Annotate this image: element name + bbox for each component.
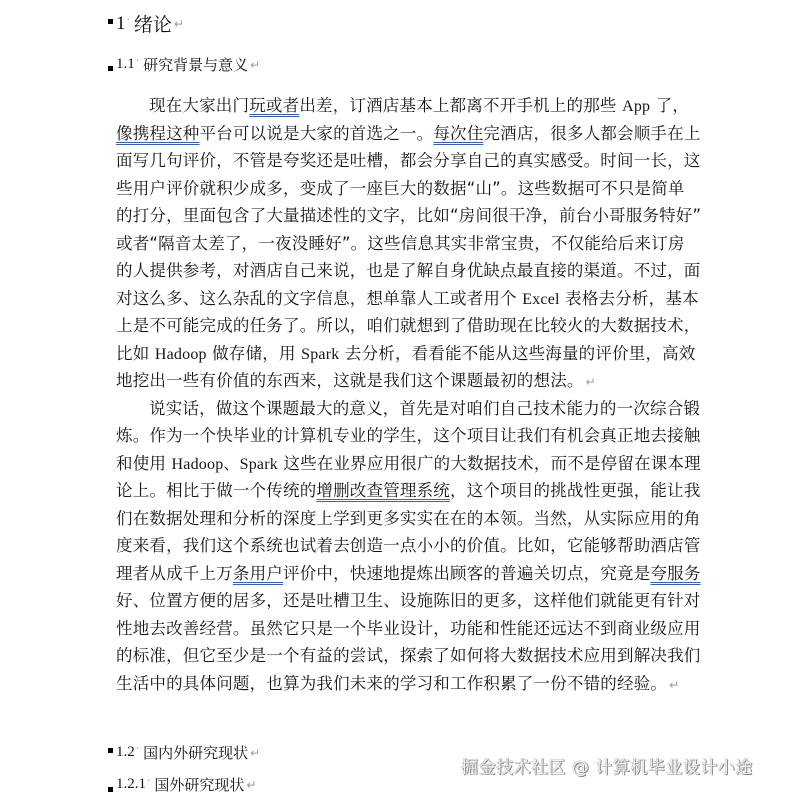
- text-line: 的标准，但它至少是一个有益的尝试，探索了如何将大数据技术应用到解决我们: [116, 642, 672, 670]
- heading-bullet-marker: [108, 748, 113, 753]
- heading-number: 1.1: [116, 56, 135, 73]
- text-run-latin: App: [622, 98, 650, 115]
- text-run: 完酒店，很多人都会顺手在上: [483, 124, 700, 143]
- grammar-flagged-text[interactable]: 条用户: [233, 564, 283, 583]
- text-line: 面写几句评价，不管是夸奖还是吐槽，都会分享自己的真实感受。时间一长，这: [116, 147, 672, 175]
- tab-marker: ·: [127, 15, 130, 26]
- text-line: 些用户评价就积少成多，变成了一座巨大的数据“山”。这些数据可不只是简单: [116, 175, 672, 203]
- heading-title: 绪论: [134, 10, 172, 37]
- tab-marker: ·: [147, 776, 150, 787]
- text-run: 去分析，看看能不能从这些海量的评价里，高效: [339, 344, 695, 363]
- text-line: 现在大家出门玩或者出差，订酒店基本上都离不开手机上的那些 App 了，: [116, 92, 672, 120]
- grammar-flagged-text[interactable]: 像携程这种: [116, 124, 200, 143]
- text-run: 这些在业界应用很广的大数据技术，而不是停留在课本理: [278, 454, 701, 473]
- text-run: 做存储，用: [207, 344, 301, 363]
- heading-number: 1.2: [116, 744, 135, 761]
- heading-number: 1: [116, 13, 126, 35]
- heading-title: 国内外研究现状: [143, 742, 248, 763]
- text-run: ，这个项目的挑战性更强，能让我: [450, 481, 701, 500]
- text-run: 出差，订酒店基本上都离不开手机上的那些: [299, 96, 622, 115]
- text-run-latin: Hadoop、Spark: [172, 456, 278, 473]
- text-run: 表格去分析，基本: [560, 289, 699, 308]
- text-run: 论上。相比于做一个传统的: [116, 481, 316, 500]
- grammar-flagged-text[interactable]: 每次住: [433, 124, 483, 143]
- text-line: 性地去改善经营。虽然它只是一个毕业设计，功能和性能还远达不到商业级应用: [116, 615, 672, 643]
- text-run: 和使用: [116, 454, 172, 473]
- text-line: 理者从成千上万条用户评价中，快速地提炼出顾客的普遍关切点，究竟是夸服务: [116, 560, 672, 588]
- heading-bullet-marker: [108, 787, 113, 792]
- text-line: 像携程这种平台可以说是大家的首选之一。每次住完酒店，很多人都会顺手在上: [116, 120, 672, 148]
- grammar-flagged-text[interactable]: 玩或者: [249, 96, 299, 115]
- text-run-latin: Excel: [522, 291, 559, 308]
- paragraph-mark-icon: ↵: [586, 375, 596, 389]
- text-line: 和使用 Hadoop、Spark 这些在业界应用很广的大数据技术，而不是停留在课…: [116, 450, 672, 478]
- text-line: 好、位置方便的居多，还是吐槽卫生、设施陈旧的更多，这样他们就能更有针对: [116, 587, 672, 615]
- text-line: 炼。作为一个快毕业的计算机专业的学生，这个项目让我们有机会真正地去接触: [116, 422, 672, 450]
- watermark: 掘金技术社区 @ 计算机毕业设计小途: [461, 753, 753, 778]
- tab-marker: ·: [136, 56, 139, 67]
- text-run: 评价中，快速地提炼出顾客的普遍关切点，究竟是: [283, 564, 650, 583]
- text-line: 对这么多、这么杂乱的文字信息，想单靠人工或者用个 Excel 表格去分析，基本: [116, 285, 672, 313]
- text-line: 度来看，我们这个系统也试着去创造一点小小的价值。比如，它能够帮助酒店管: [116, 532, 672, 560]
- text-run: 现在大家出门: [149, 96, 249, 115]
- text-line: 生活中的具体问题，也算为我们未来的学习和工作积累了一份不错的经验。↵: [116, 670, 672, 698]
- heading-bullet-marker: [108, 19, 113, 24]
- text-run: 平台可以说是大家的首选之一。: [200, 124, 434, 143]
- text-line: 说实话，做这个课题最大的意义，首先是对咱们自己技术能力的一次综合锻: [116, 395, 672, 423]
- tab-marker: ·: [136, 744, 139, 755]
- grammar-flagged-text[interactable]: 增删改查管理系统: [316, 481, 450, 500]
- heading-1-2-1[interactable]: 1.2.1 · 国外研究现状 ↵: [108, 774, 256, 795]
- text-line: 上是不可能完成的任务了。所以，咱们就想到了借助现在比较火的大数据技术，: [116, 312, 672, 340]
- text-line: 或者“隔音太差了，一夜没睡好”。这些信息其实非常宝贵，不仅能给后来订房: [116, 230, 672, 258]
- grammar-flagged-text[interactable]: 夸服务: [650, 564, 700, 583]
- text-run: 理者从成千上万: [116, 564, 233, 583]
- text-run: 生活中的具体问题，也算为我们未来的学习和工作积累了一份不错的经验。: [116, 674, 667, 693]
- text-line: 的打分，里面包含了大量描述性的文字，比如“房间很干净，前台小哥服务特好”: [116, 202, 672, 230]
- paragraph-mark-icon: ↵: [174, 17, 184, 31]
- text-line: 们在数据处理和分析的深度上学到更多实实在在的本领。当然，从实际应用的角: [116, 505, 672, 533]
- text-run-latin: Spark: [301, 346, 339, 363]
- heading-title: 研究背景与意义: [143, 54, 248, 75]
- paragraph-mark-icon: ↵: [246, 778, 256, 792]
- text-run-latin: Hadoop: [155, 346, 207, 363]
- paragraph-mark-icon: ↵: [250, 58, 260, 72]
- text-line: 比如 Hadoop 做存储，用 Spark 去分析，看看能不能从这些海量的评价里…: [116, 340, 672, 368]
- text-run: 对这么多、这么杂乱的文字信息，想单靠人工或者用个: [116, 289, 522, 308]
- heading-bullet-marker: [108, 66, 113, 71]
- document-page: 1 · 绪论 ↵ 1.1 · 研究背景与意义 ↵ 现在大家出门玩或者出差，订酒店…: [0, 0, 788, 796]
- text-run: 比如: [116, 344, 155, 363]
- body-text[interactable]: 现在大家出门玩或者出差，订酒店基本上都离不开手机上的那些 App 了， 像携程这…: [116, 92, 672, 697]
- text-line: 地挖出一些有价值的东西来，这就是我们这个课题最初的想法。↵: [116, 367, 672, 395]
- text-line: 论上。相比于做一个传统的增删改查管理系统，这个项目的挑战性更强，能让我: [116, 477, 672, 505]
- text-line: 的人提供参考，对酒店自己来说，也是了解自身优缺点最直接的渠道。不过，面: [116, 257, 672, 285]
- heading-1[interactable]: 1 · 绪论 ↵: [108, 10, 184, 37]
- heading-1-1[interactable]: 1.1 · 研究背景与意义 ↵: [108, 54, 260, 75]
- heading-number: 1.2.1: [116, 776, 146, 793]
- paragraph-mark-icon: ↵: [250, 746, 260, 760]
- text-run: 了，: [650, 96, 689, 115]
- text-run: 地挖出一些有价值的东西来，这就是我们这个课题最初的想法。: [116, 371, 584, 390]
- paragraph-mark-icon: ↵: [669, 678, 679, 692]
- heading-title: 国外研究现状: [154, 774, 244, 795]
- heading-1-2[interactable]: 1.2 · 国内外研究现状 ↵: [108, 742, 260, 763]
